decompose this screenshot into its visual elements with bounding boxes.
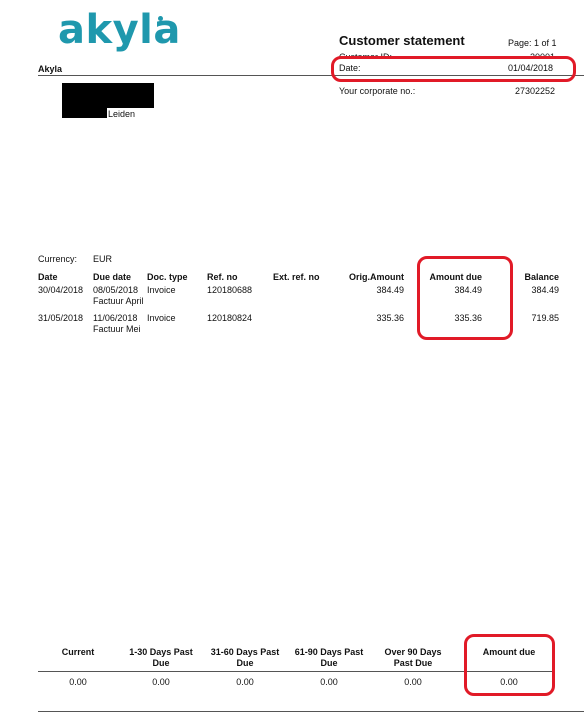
row-date: 30/04/2018 — [38, 285, 83, 296]
page-info: Page: 1 of 1 — [508, 38, 557, 48]
col-ext-ref-no: Ext. ref. no — [273, 272, 320, 283]
col-orig-amount: Orig.Amount — [330, 272, 404, 283]
row-due-date: 08/05/2018 — [93, 285, 138, 296]
aging-value-61-90: 0.00 — [288, 677, 370, 688]
statement-title: Customer statement — [339, 33, 465, 48]
aging-value-31-60: 0.00 — [204, 677, 286, 688]
redacted-address — [62, 106, 107, 118]
row-due-date: 11/06/2018 — [93, 313, 137, 324]
row-description: Factuur Mei — [93, 324, 141, 335]
company-name: Akyla — [38, 64, 62, 74]
aging-col-current: Current — [40, 647, 116, 658]
row-ref-no: 120180688 — [207, 285, 252, 296]
col-date: Date — [38, 272, 58, 283]
redacted-address — [62, 83, 154, 108]
corporate-no-value: 27302252 — [515, 86, 555, 96]
address-city: Leiden — [108, 109, 135, 119]
currency-value: EUR — [93, 254, 112, 265]
aging-value-current: 0.00 — [40, 677, 116, 688]
logo-dot-icon — [158, 16, 163, 21]
aging-amount-due-highlight — [464, 634, 555, 696]
col-ref-no: Ref. no — [207, 272, 238, 283]
aging-col-31-60: 31-60 Days PastDue — [204, 647, 286, 669]
amount-due-highlight — [417, 256, 513, 340]
row-orig-amount: 384.49 — [330, 285, 404, 296]
aging-col-61-90: 61-90 Days PastDue — [288, 647, 370, 669]
aging-col-over-90: Over 90 DaysPast Due — [372, 647, 454, 669]
currency-label: Currency: — [38, 254, 77, 265]
row-description: Factuur April — [93, 296, 144, 307]
row-orig-amount: 335.36 — [330, 313, 404, 324]
aging-col-1-30: 1-30 Days PastDue — [120, 647, 202, 669]
corporate-no-label: Your corporate no.: — [339, 86, 415, 96]
aging-value-1-30: 0.00 — [120, 677, 202, 688]
row-doc-type: Invoice — [147, 313, 176, 324]
row-doc-type: Invoice — [147, 285, 176, 296]
company-logo: akyla — [58, 8, 181, 52]
col-due-date: Due date — [93, 272, 131, 283]
date-highlight — [331, 56, 576, 82]
col-doc-type: Doc. type — [147, 272, 188, 283]
row-date: 31/05/2018 — [38, 313, 83, 324]
aging-value-over-90: 0.00 — [372, 677, 454, 688]
row-ref-no: 120180824 — [207, 313, 252, 324]
footer-divider — [38, 711, 584, 712]
